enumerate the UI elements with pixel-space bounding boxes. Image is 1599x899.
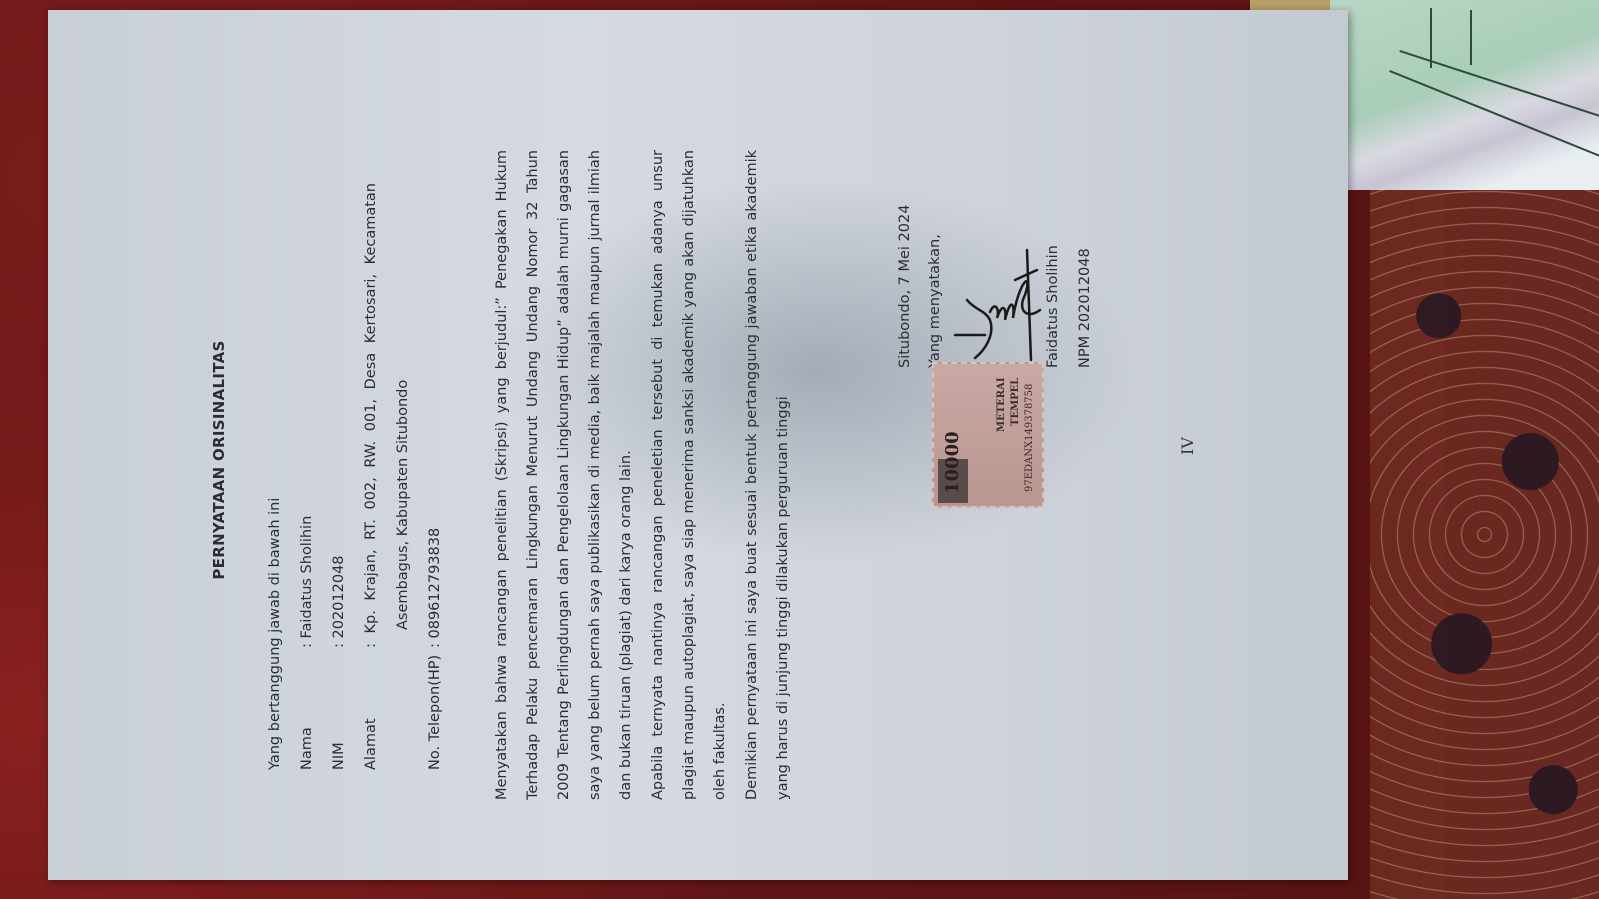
stamp-amount: 10000 (942, 431, 963, 494)
signature-id: NPM 202012048 (1077, 248, 1093, 368)
document-body: PERNYATAAN ORISINALITAS Yang bertanggung… (205, 120, 1205, 800)
signature-name: Faidatus Sholihin (1045, 245, 1061, 368)
field-value-telepon: : 089612793838 (427, 528, 443, 648)
paragraph-closing: Demikian pernyataan ini saya buat sesuai… (737, 150, 799, 800)
paragraph-sanction: Apabila ternyata nantinya rancangan pene… (643, 150, 736, 800)
field-label-nama: Nama (299, 727, 315, 770)
field-value-alamat: : Kp. Krajan, RT. 002, RW. 001, Desa Ker… (363, 183, 379, 648)
field-value-alamat-cont: Asembagus, Kabupaten Situbondo (395, 380, 411, 630)
paragraph-statement: Menyatakan bahwa rancangan penelitian (S… (487, 150, 642, 800)
field-value-nama: : Faidatus Sholihin (299, 516, 315, 648)
stamp-serial: 97EDANX149378758 (1024, 384, 1035, 492)
meterai-stamp: METERAI TEMPEL 97EDANX149378758 10000 (932, 362, 1044, 508)
intro-text: Yang bertanggung jawab di bawah ini (267, 498, 283, 770)
field-value-nim: : 202012048 (331, 555, 347, 648)
document-title: PERNYATAAN ORISINALITAS (210, 120, 228, 800)
signature-closing: Yang menyatakan, (927, 234, 943, 368)
stamp-label-1: METERAI (996, 377, 1007, 432)
page-number: IV (1178, 437, 1197, 455)
field-label-telepon: No. Telepon(HP) (427, 655, 443, 770)
stamp-label-2: TEMPEL (1010, 378, 1021, 426)
signature-place-date: Situbondo, 7 Mei 2024 (897, 205, 913, 368)
field-label-nim: NIM (331, 742, 347, 770)
field-label-alamat: Alamat (363, 718, 379, 770)
stacked-papers (1330, 0, 1599, 190)
batik-fabric (1370, 170, 1599, 899)
binding-edge (1250, 0, 1330, 10)
signature-mark (945, 240, 1045, 380)
